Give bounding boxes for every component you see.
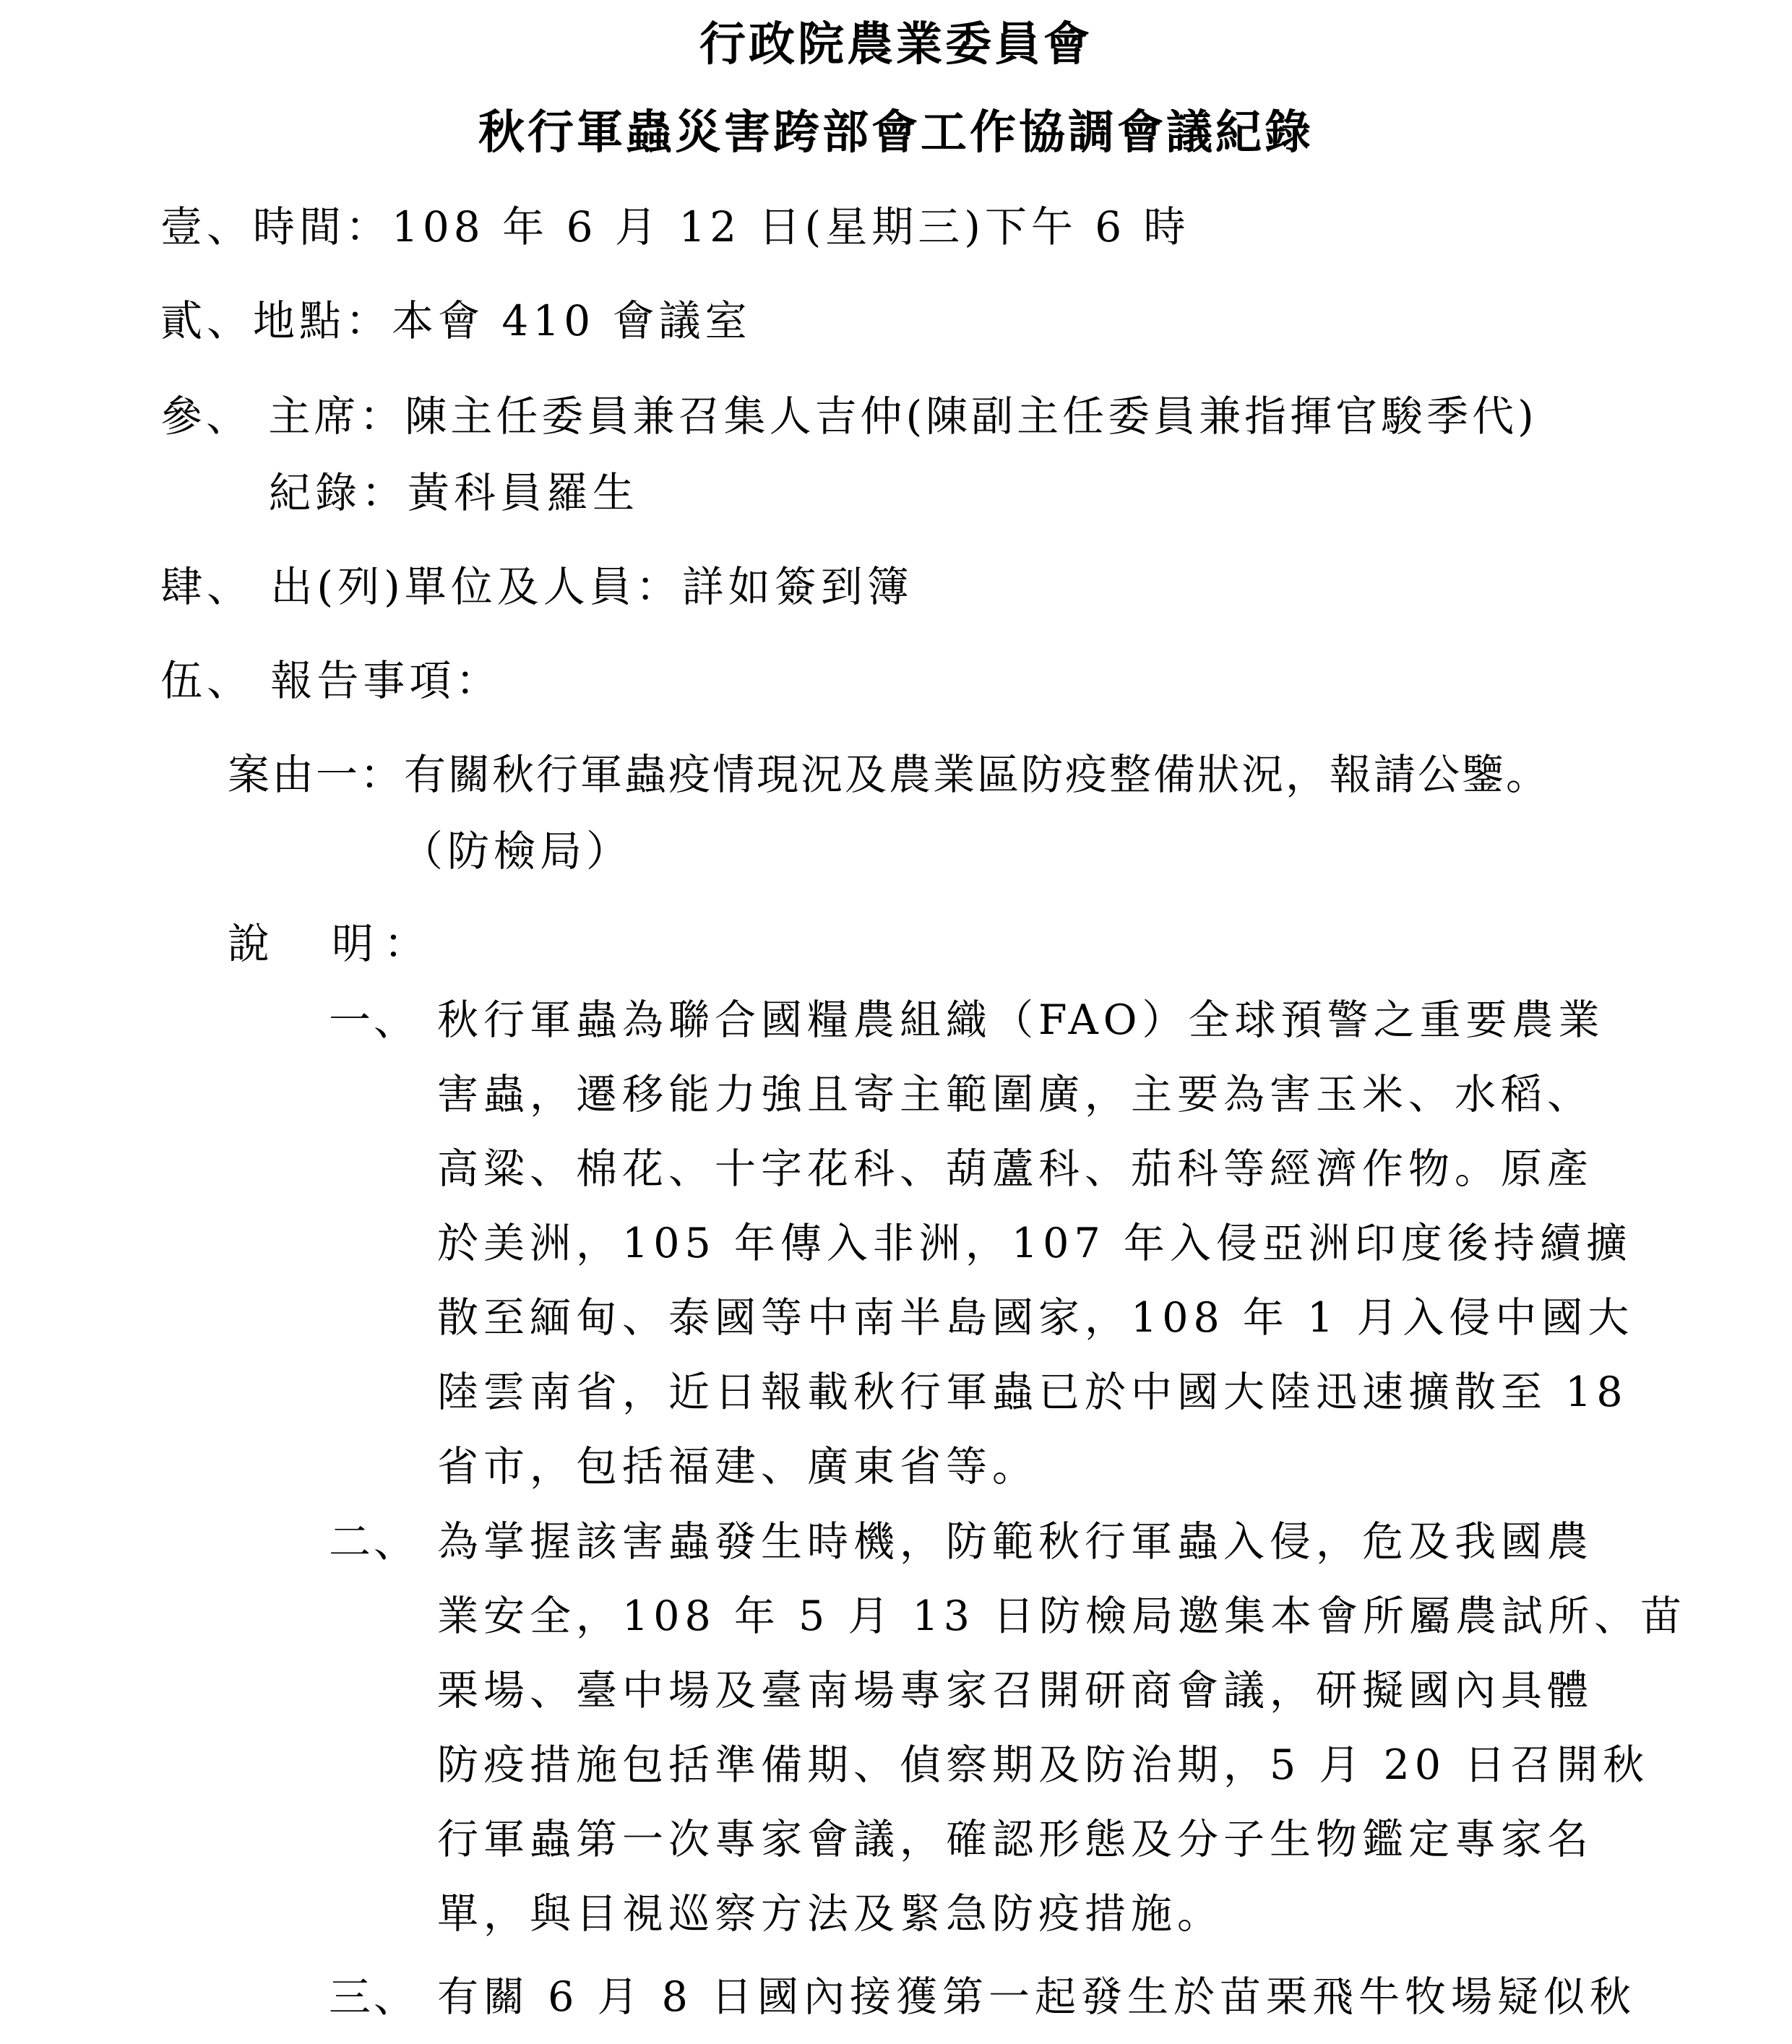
- item-marker-1: 一、: [329, 994, 418, 1046]
- section-recorder: 紀錄：黃科員羅生: [269, 467, 639, 519]
- item-1-line: 害蟲，遷移能力強且寄主範圍廣，主要為害玉米、水稻、: [437, 1069, 1593, 1121]
- section-chair: 參、 主席：陳主任委員兼召集人吉仲(陳副主任委員兼指揮官駿季代): [160, 390, 1538, 442]
- item-1-line: 秋行軍蟲為聯合國糧農組織（FAO）全球預警之重要農業: [437, 994, 1605, 1046]
- document-subtitle: 秋行軍蟲災害跨部會工作協調會議紀錄: [0, 104, 1792, 162]
- section-attendees: 肆、 出(列)單位及人員：詳如簽到簿: [160, 561, 913, 613]
- item-3-line: 有關 6 月 8 日國內接獲第一起發生於苗栗飛牛牧場疑似秋: [437, 1971, 1636, 2023]
- item-1-line: 高粱、棉花、十字花科、葫蘆科、茄科等經濟作物。原產: [437, 1143, 1593, 1195]
- item-2-line: 防疫措施包括準備期、偵察期及防治期，5 月 20 日召開秋: [437, 1739, 1649, 1791]
- item-2-line: 行軍蟲第一次專家會議，確認形態及分子生物鑑定專家名: [437, 1814, 1593, 1866]
- item-2-line: 業安全，108 年 5 月 13 日防檢局邀集本會所屬農試所、苗: [437, 1590, 1687, 1642]
- case-agency: （防檢局）: [401, 825, 632, 877]
- item-1-line: 省市，包括福建、廣東省等。: [437, 1441, 1038, 1493]
- item-1-line: 陸雲南省，近日報載秋行軍蟲已於中國大陸迅速擴散至 18: [437, 1366, 1628, 1418]
- document-title: 行政院農業委員會: [0, 16, 1792, 74]
- section-place: 貳、地點：本會 410 會議室: [160, 295, 751, 347]
- item-2-line: 為掌握該害蟲發生時機，防範秋行軍蟲入侵，危及我國農: [437, 1516, 1593, 1568]
- item-2-line: 栗場、臺中場及臺南場專家召開研商會議，研擬國內具體: [437, 1665, 1593, 1717]
- item-1-line: 散至緬甸、泰國等中南半島國家，108 年 1 月入侵中國大: [437, 1292, 1634, 1344]
- item-1-line: 於美洲，105 年傳入非洲，107 年入侵亞洲印度後持續擴: [437, 1217, 1632, 1269]
- item-2-line: 單，與目視巡察方法及緊急防疫措施。: [437, 1888, 1223, 1940]
- item-marker-3: 三、: [329, 1971, 418, 2023]
- item-marker-2: 二、: [329, 1516, 418, 1568]
- case-title: 案由一：有關秋行軍蟲疫情現況及農業區防疫整備狀況，報請公鑒。: [228, 749, 1550, 801]
- explanation-label: 說 明：: [228, 918, 436, 970]
- section-reports: 伍、 報告事項：: [160, 655, 501, 707]
- section-time: 壹、時間：108 年 6 月 12 日(星期三)下午 6 時: [160, 201, 1190, 253]
